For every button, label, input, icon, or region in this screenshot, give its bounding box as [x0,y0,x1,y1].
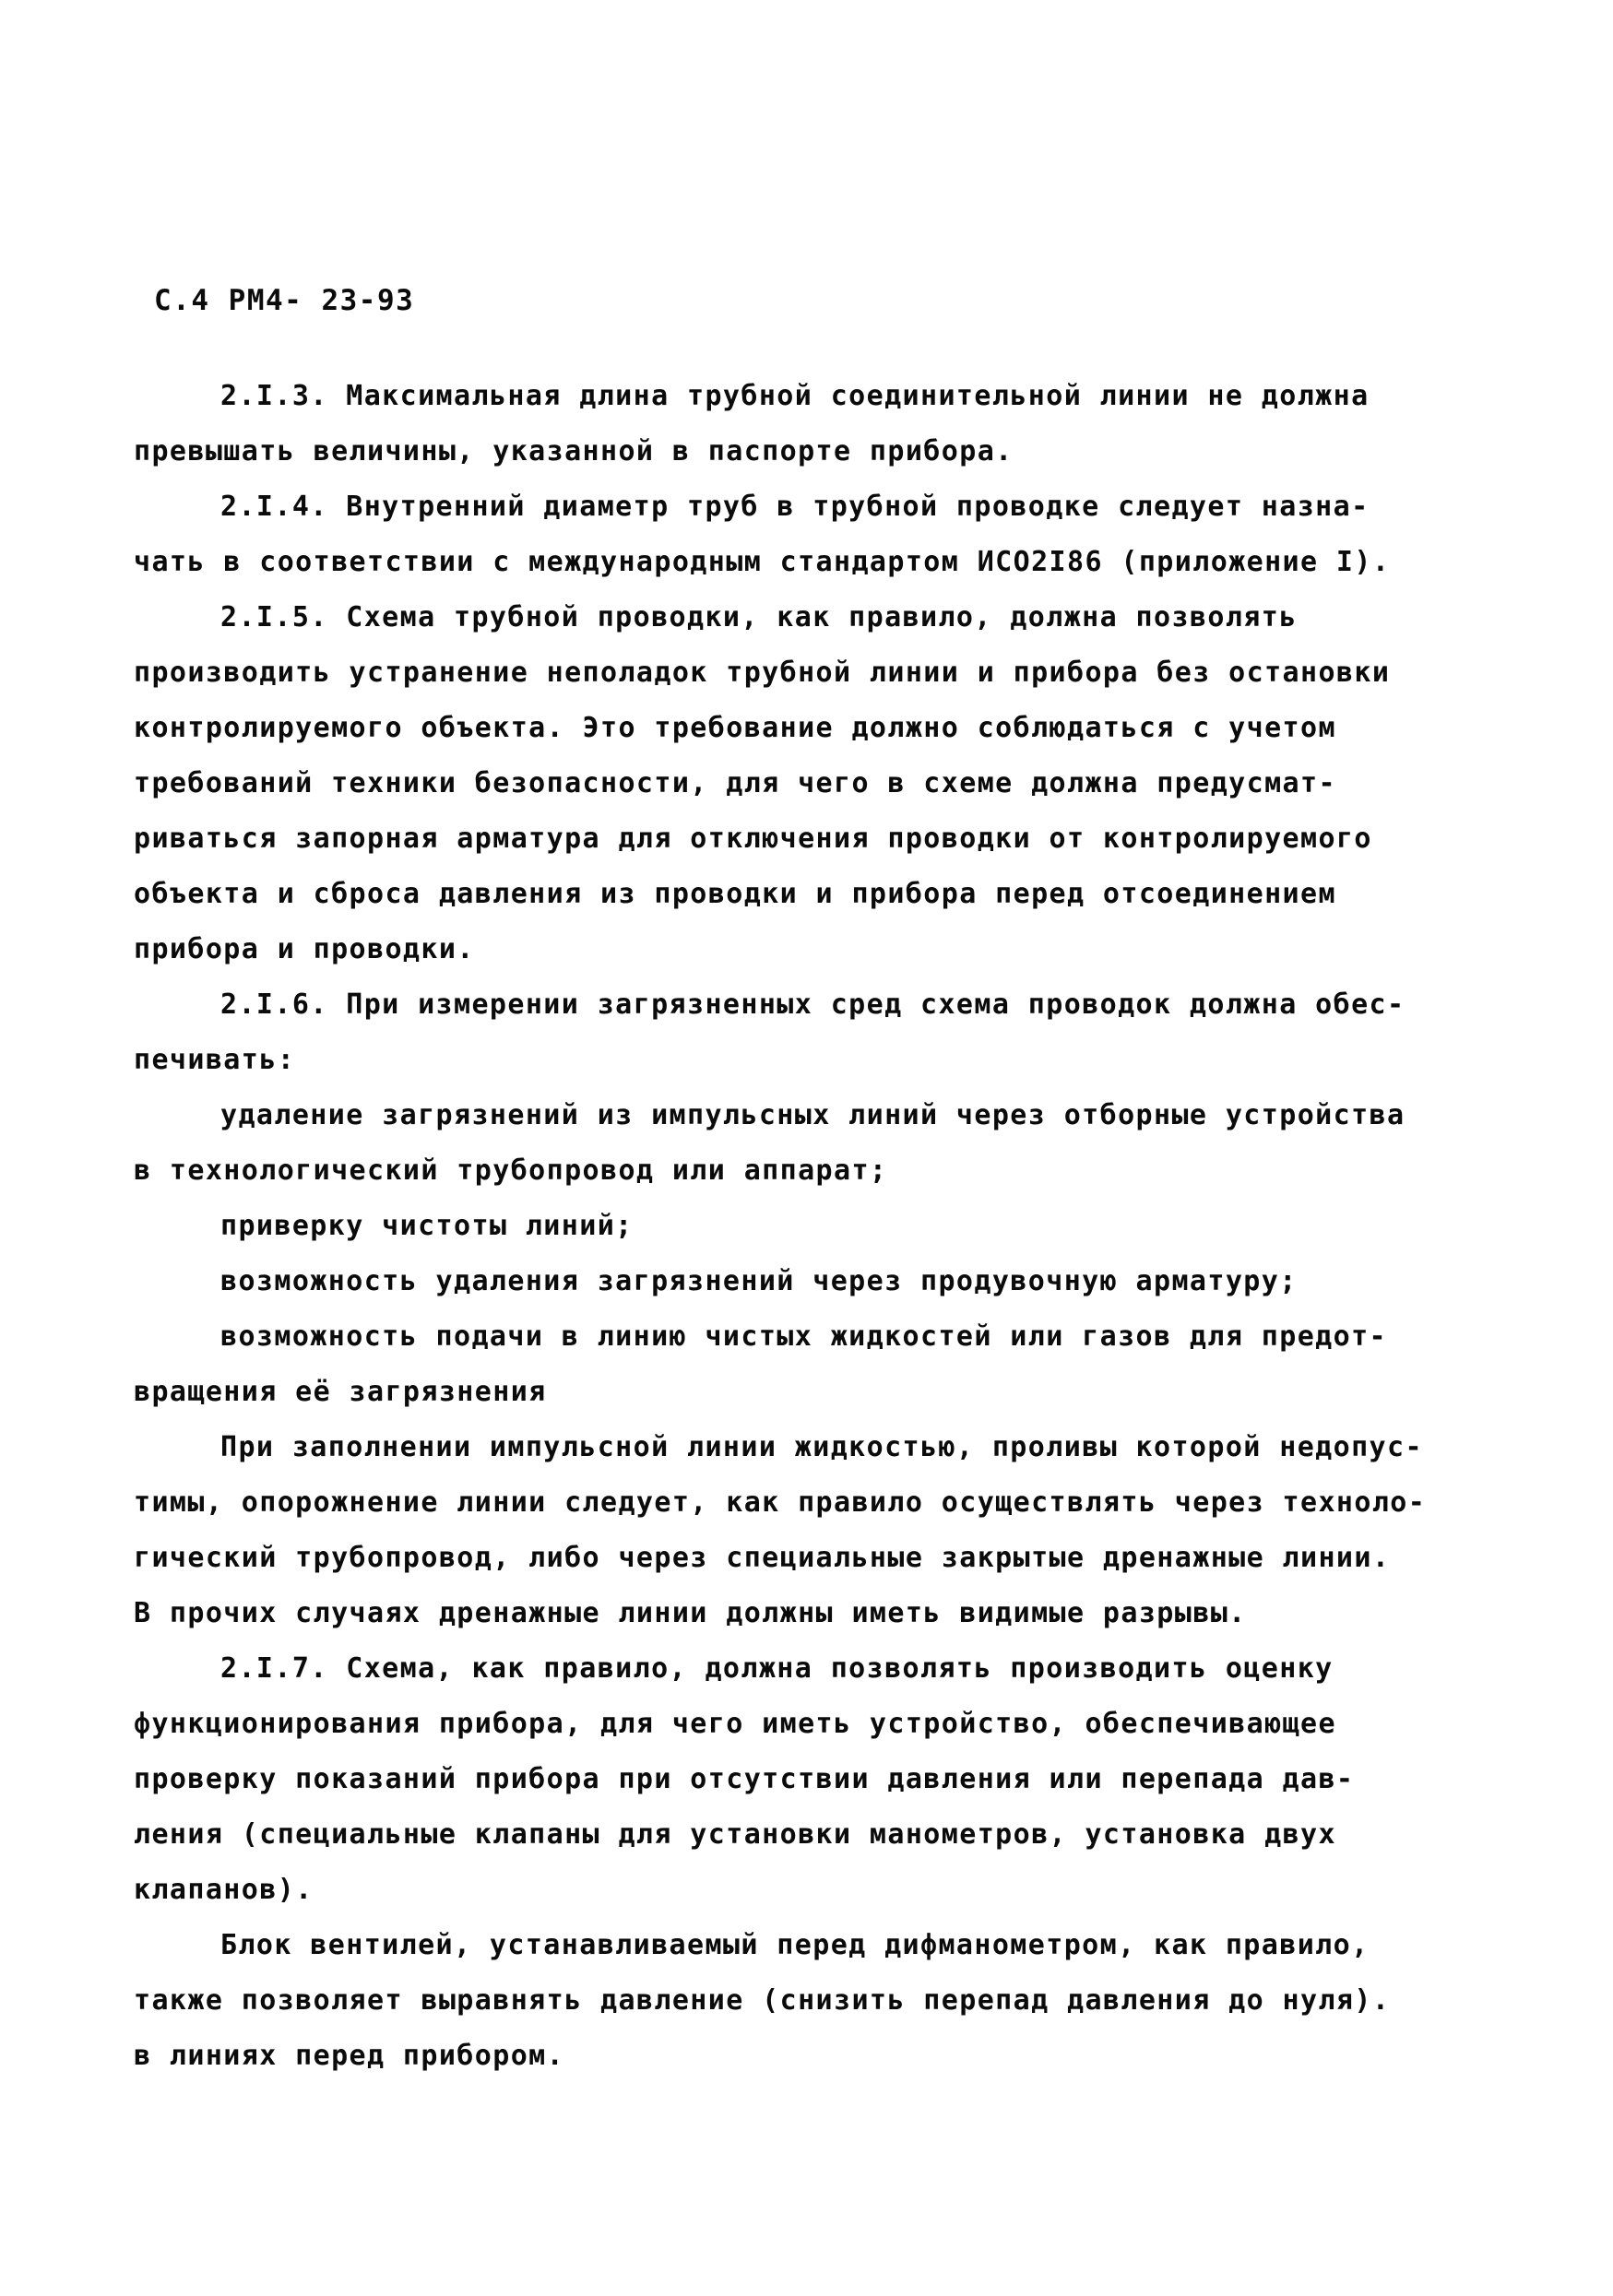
text-line: Блок вентилей, устанавливаемый перед диф… [134,1918,1499,1973]
text-line: производить устранение неполадок трубной… [134,645,1499,701]
text-line: 2.I.7. Схема, как правило, должна позвол… [134,1641,1499,1697]
document-body: 2.I.3. Максимальная длина трубной соедин… [134,369,1499,2084]
text-line: 2.I.4. Внутренний диаметр труб в трубной… [134,479,1499,535]
text-line: вращения её загрязнения [134,1365,1499,1420]
text-line: возможность подачи в линию чистых жидкос… [134,1309,1499,1365]
text-line: ления (специальные клапаны для установки… [134,1807,1499,1863]
text-line: чать в соответствии с международным стан… [134,535,1499,590]
text-line: также позволяет выравнять давление (сниз… [134,1973,1499,2029]
text-line: возможность удаления загрязнений через п… [134,1254,1499,1309]
text-line: удаление загрязнений из импульсных линий… [134,1088,1499,1143]
text-line: объекта и сброса давления из проводки и … [134,867,1499,922]
text-line: 2.I.6. При измерении загрязненных сред с… [134,977,1499,1033]
page-header-doc-number: С.4 РМ4- 23-93 [154,284,414,317]
text-line: тимы, опорожнение линии следует, как пра… [134,1475,1499,1531]
text-line: требований техники безопасности, для чег… [134,756,1499,811]
text-line: приверку чистоты линий; [134,1199,1499,1254]
text-line: риваться запорная арматура для отключени… [134,811,1499,867]
text-line: клапанов). [134,1863,1499,1918]
text-line: контролируемого объекта. Это требование … [134,701,1499,756]
text-line: гический трубопровод, либо через специал… [134,1531,1499,1586]
text-line: При заполнении импульсной линии жидкость… [134,1420,1499,1475]
text-line: 2.I.5. Схема трубной проводки, как прави… [134,590,1499,645]
text-line: функционирования прибора, для чего иметь… [134,1697,1499,1752]
text-line: в линиях перед прибором. [134,2029,1499,2084]
text-line: превышать величины, указанной в паспорте… [134,424,1499,479]
text-line: в технологический трубопровод или аппара… [134,1143,1499,1199]
text-line: 2.I.3. Максимальная длина трубной соедин… [134,369,1499,424]
text-line: проверку показаний прибора при отсутстви… [134,1752,1499,1807]
text-line: В прочих случаях дренажные линии должны … [134,1586,1499,1641]
text-line: прибора и проводки. [134,922,1499,977]
text-line: печивать: [134,1033,1499,1088]
scanned-document-page: С.4 РМ4- 23-93 2.I.3. Максимальная длина… [0,0,1613,2296]
